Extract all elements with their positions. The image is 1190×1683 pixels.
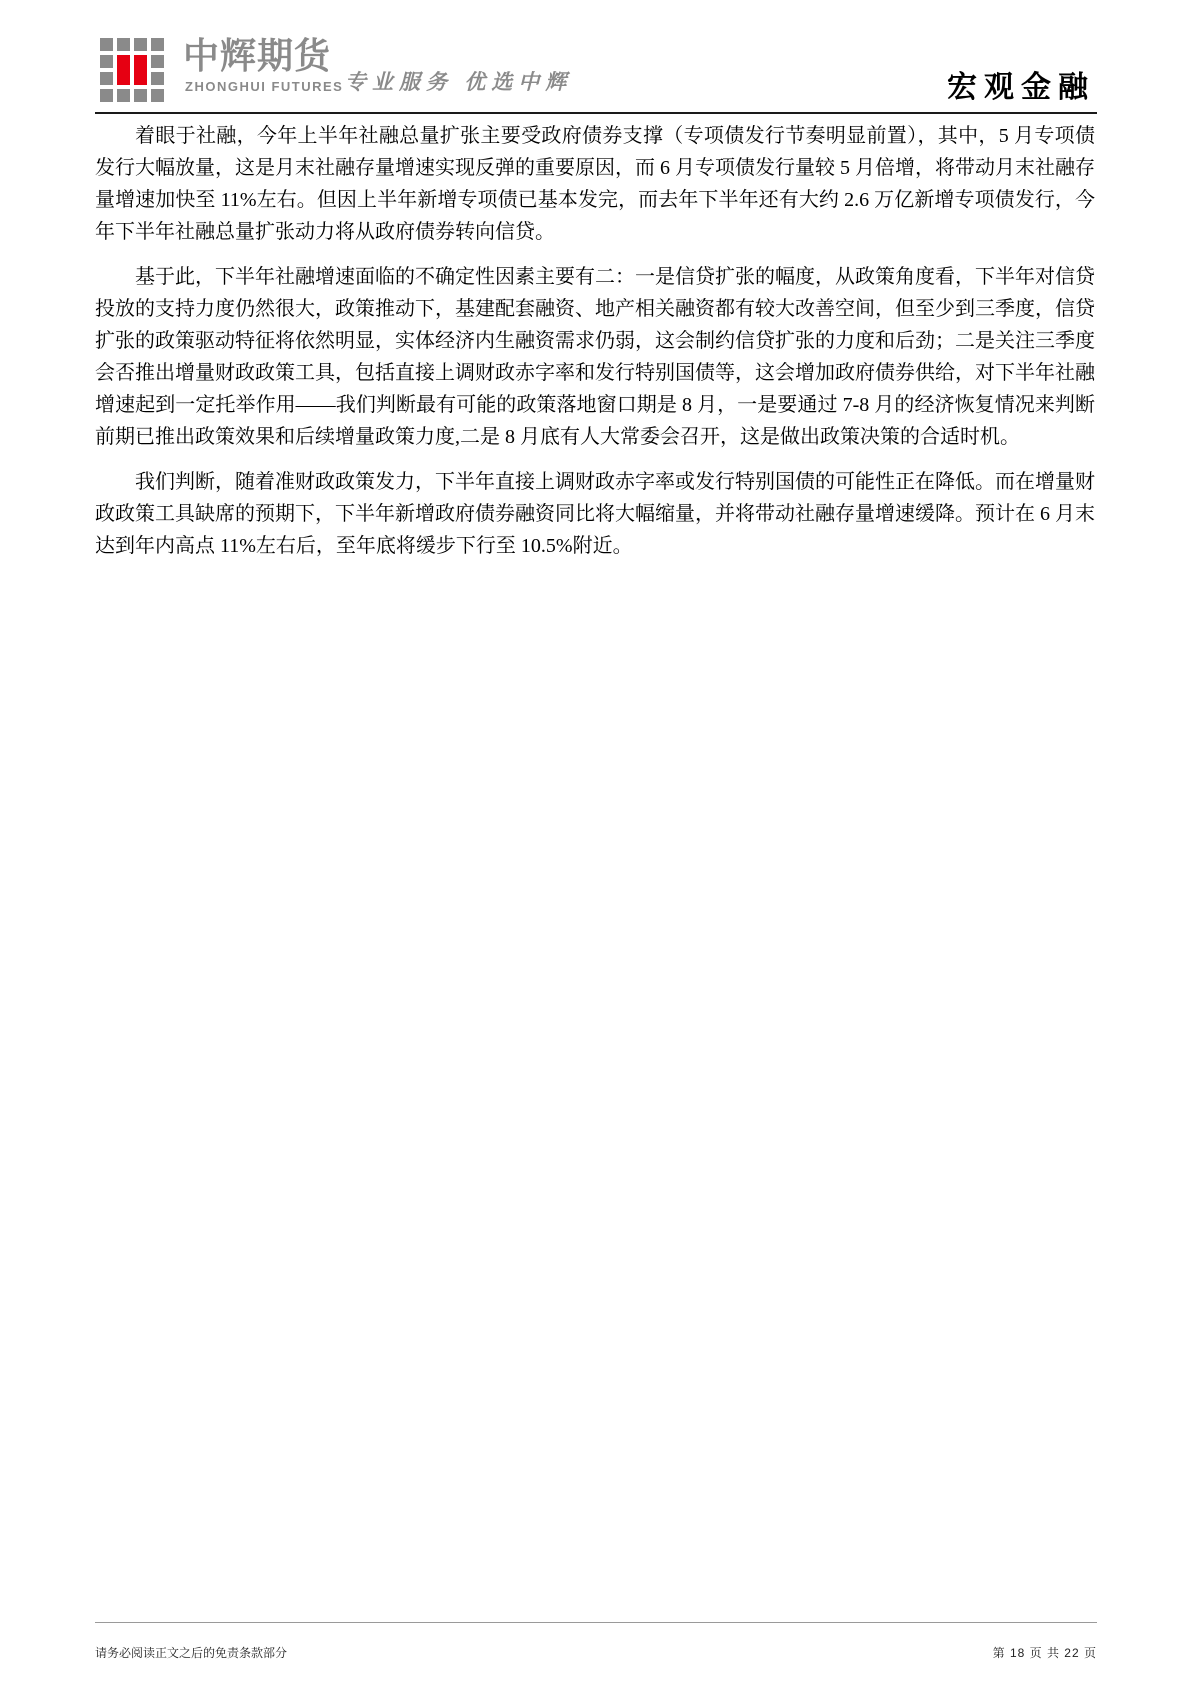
logo-square — [100, 38, 113, 51]
page-header: 中辉期货 ZHONGHUI FUTURES 专业服务 优选中辉 宏观金融 — [95, 0, 1097, 114]
paragraph: 基于此，下半年社融增速面临的不确定性因素主要有二：一是信贷扩张的幅度，从政策角度… — [95, 261, 1095, 453]
logo-square — [151, 38, 164, 51]
logo-red-bar — [117, 55, 130, 85]
logo-square — [151, 72, 164, 85]
logo-square — [151, 55, 164, 68]
logo-square — [117, 38, 130, 51]
page-footer: 请务必阅读正文之后的免责条款部分 第 18 页 共 22 页 — [95, 1622, 1097, 1661]
page-number: 第 18 页 共 22 页 — [993, 1644, 1097, 1661]
logo-square — [134, 38, 147, 51]
report-section-title: 宏观金融 — [947, 62, 1095, 106]
logo-square — [100, 89, 113, 102]
logo-square — [117, 89, 130, 102]
paragraph: 我们判断，随着准财政政策发力，下半年直接上调财政赤字率或发行特别国债的可能性正在… — [95, 466, 1095, 562]
logo-square — [151, 89, 164, 102]
brand-name-cn: 中辉期货 — [183, 38, 331, 74]
brand-tagline: 专业服务 优选中辉 — [345, 66, 572, 96]
logo-square — [100, 55, 113, 68]
zhonghui-logo-icon — [100, 38, 164, 102]
report-page: 中辉期货 ZHONGHUI FUTURES 专业服务 优选中辉 宏观金融 着眼于… — [0, 0, 1190, 1683]
disclaimer-note: 请务必阅读正文之后的免责条款部分 — [95, 1644, 287, 1661]
paragraph: 着眼于社融，今年上半年社融总量扩张主要受政府债券支撑（专项债发行节奏明显前置），… — [95, 120, 1095, 248]
logo-square — [100, 72, 113, 85]
report-body: 着眼于社融，今年上半年社融总量扩张主要受政府债券支撑（专项债发行节奏明显前置），… — [95, 114, 1095, 575]
logo-red-bar — [134, 55, 147, 85]
logo-square — [134, 89, 147, 102]
brand-name-en: ZHONGHUI FUTURES — [185, 79, 343, 94]
